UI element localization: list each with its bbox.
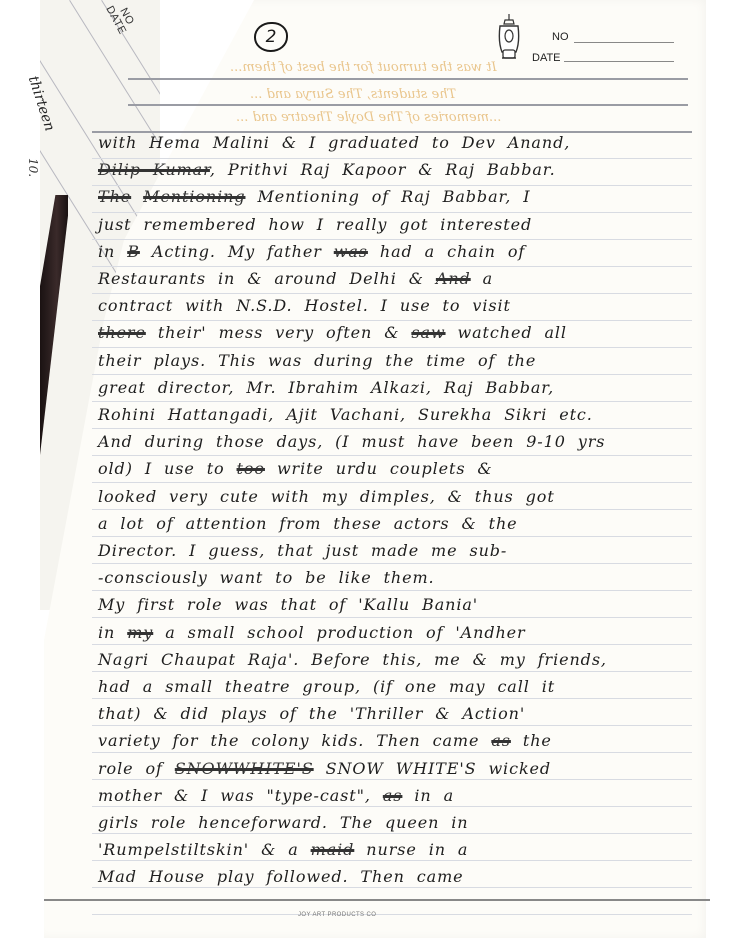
struck-out-word: maid bbox=[311, 840, 355, 859]
handwritten-line: The Mentioning Mentioning of Raj Babbar,… bbox=[98, 187, 718, 217]
ruled-line bbox=[128, 78, 688, 80]
line-text: Nagri Chaupat Raja'. Before this, me & m… bbox=[98, 650, 607, 669]
struck-out-word: there bbox=[98, 323, 146, 342]
handwritten-line: had a small theatre group, (if one may c… bbox=[98, 677, 718, 707]
handwritten-line: a lot of attention from these actors & t… bbox=[98, 514, 718, 544]
handwritten-line: their plays. This was during the time of… bbox=[98, 351, 718, 381]
handwritten-line: Nagri Chaupat Raja'. Before this, me & m… bbox=[98, 650, 718, 680]
handwritten-line: 'Rumpelstiltskin' & a maid nurse in a bbox=[98, 840, 718, 870]
handwritten-line: looked very cute with my dimples, & thus… bbox=[98, 487, 718, 517]
page-number-circle: 2 bbox=[254, 22, 288, 52]
footer-brand: JOY ART PRODUCTS CO bbox=[298, 912, 376, 918]
line-text: 'Rumpelstiltskin' & a bbox=[98, 840, 311, 859]
struck-out-word: And bbox=[436, 269, 471, 288]
bleed-through-text: ...memories of The Doyle Theatre and ... bbox=[236, 110, 501, 125]
struck-out-word: Mentioning bbox=[143, 187, 245, 206]
line-text: Director. I guess, that just made me sub… bbox=[98, 541, 507, 560]
line-text: a bbox=[471, 269, 493, 288]
line-text: Acting. My father bbox=[140, 242, 334, 261]
line-text: old) I use to bbox=[98, 459, 237, 478]
line-text: that) & did plays of the 'Thriller & Act… bbox=[98, 704, 525, 723]
bleed-through-text: It was the turnout for the best of them.… bbox=[230, 60, 497, 75]
line-text: looked very cute with my dimples, & thus… bbox=[98, 487, 555, 506]
handwritten-line: in my a small school production of 'Andh… bbox=[98, 623, 718, 653]
line-text: in a bbox=[402, 786, 454, 805]
handwritten-line: with Hema Malini & I graduated to Dev An… bbox=[98, 133, 718, 163]
handwritten-line: girls role henceforward. The queen in bbox=[98, 813, 718, 843]
line-text: great director, Mr. Ibrahim Alkazi, Raj … bbox=[98, 378, 554, 397]
line-text: had a chain of bbox=[368, 242, 525, 261]
line-text: had a small theatre group, (if one may c… bbox=[98, 677, 555, 696]
handwritten-line: And during those days, (I must have been… bbox=[98, 432, 718, 462]
handwritten-line: My first role was that of 'Kallu Bania' bbox=[98, 595, 718, 625]
handwritten-line: just remembered how I really got interes… bbox=[98, 215, 718, 245]
handwritten-line: mother & I was "type-cast", as in a bbox=[98, 786, 718, 816]
handwritten-line: that) & did plays of the 'Thriller & Act… bbox=[98, 704, 718, 734]
handwritten-line: contract with N.S.D. Hostel. I use to vi… bbox=[98, 296, 718, 326]
line-text: role of bbox=[98, 759, 175, 778]
underlying-margin-mark: 10. bbox=[26, 158, 40, 177]
handwritten-line: great director, Mr. Ibrahim Alkazi, Raj … bbox=[98, 378, 718, 408]
header-no-field bbox=[574, 42, 674, 43]
bleed-through-text: The students, The Surya and ... bbox=[250, 87, 456, 102]
ruled-line bbox=[92, 914, 692, 915]
handwritten-line: role of SNOWWHITE'S SNOW WHITE'S wicked bbox=[98, 759, 718, 789]
line-text: Mentioning of Raj Babbar, I bbox=[245, 187, 530, 206]
line-text: their' mess very often & bbox=[146, 323, 412, 342]
struck-out-word: saw bbox=[411, 323, 445, 342]
handwritten-line: there their' mess very often & saw watch… bbox=[98, 323, 718, 353]
line-text: watched all bbox=[446, 323, 567, 342]
struck-out-word: The bbox=[98, 187, 131, 206]
line-text: -consciously want to be like them. bbox=[98, 568, 435, 587]
line-text: mother & I was "type-cast", bbox=[98, 786, 383, 805]
header-date-field bbox=[564, 61, 674, 62]
line-text: the bbox=[511, 731, 552, 750]
line-text: in bbox=[98, 623, 127, 642]
handwritten-line: Dilip Kumar, Prithvi Raj Kapoor & Raj Ba… bbox=[98, 160, 718, 190]
handwritten-line: Mad House play followed. Then came bbox=[98, 867, 718, 897]
struck-out-word: Dilip Kumar bbox=[98, 160, 210, 179]
handwritten-line: in B Acting. My father was had a chain o… bbox=[98, 242, 718, 272]
struck-out-word: was bbox=[334, 242, 368, 261]
header-date-label: DATE bbox=[532, 52, 561, 64]
handwritten-line: -consciously want to be like them. bbox=[98, 568, 718, 598]
line-text: Rohini Hattangadi, Ajit Vachani, Surekha… bbox=[98, 405, 593, 424]
line-text: Mad House play followed. Then came bbox=[98, 867, 464, 886]
bottom-rule bbox=[44, 899, 710, 901]
ruled-line bbox=[128, 104, 688, 106]
line-text: a small school production of 'Andher bbox=[153, 623, 525, 642]
line-text: in bbox=[98, 242, 127, 261]
handwritten-line: Director. I guess, that just made me sub… bbox=[98, 541, 718, 571]
line-text: variety for the colony kids. Then came bbox=[98, 731, 491, 750]
handwritten-line: variety for the colony kids. Then came a… bbox=[98, 731, 718, 761]
handwritten-line: old) I use to too write urdu couplets & bbox=[98, 459, 718, 489]
handwritten-line: Restaurants in & around Delhi & And a bbox=[98, 269, 718, 299]
line-text: write urdu couplets & bbox=[265, 459, 493, 478]
line-text: a lot of attention from these actors & t… bbox=[98, 514, 518, 533]
struck-out-word: my bbox=[127, 623, 153, 642]
line-text: girls role henceforward. The queen in bbox=[98, 813, 469, 832]
line-text: , Prithvi Raj Kapoor & Raj Babbar. bbox=[210, 160, 556, 179]
line-text: My first role was that of 'Kallu Bania' bbox=[98, 595, 478, 614]
line-text bbox=[131, 187, 143, 206]
header-no-label: NO bbox=[552, 31, 569, 43]
lantern-logo-icon bbox=[492, 12, 526, 64]
line-text: their plays. This was during the time of… bbox=[98, 351, 536, 370]
struck-out-word: SNOWWHITE'S bbox=[175, 759, 314, 778]
line-text: contract with N.S.D. Hostel. I use to vi… bbox=[98, 296, 511, 315]
line-text: And during those days, (I must have been… bbox=[98, 432, 605, 451]
line-text: nurse in a bbox=[354, 840, 468, 859]
line-text: with Hema Malini & I graduated to Dev An… bbox=[98, 133, 570, 152]
struck-out-word: as bbox=[383, 786, 403, 805]
line-text: SNOW WHITE'S wicked bbox=[314, 759, 551, 778]
struck-out-word: too bbox=[237, 459, 265, 478]
line-text: just remembered how I really got interes… bbox=[98, 215, 532, 234]
line-text: Restaurants in & around Delhi & bbox=[98, 269, 436, 288]
struck-out-word: B bbox=[127, 242, 140, 261]
handwritten-line: Rohini Hattangadi, Ajit Vachani, Surekha… bbox=[98, 405, 718, 435]
struck-out-word: as bbox=[491, 731, 511, 750]
